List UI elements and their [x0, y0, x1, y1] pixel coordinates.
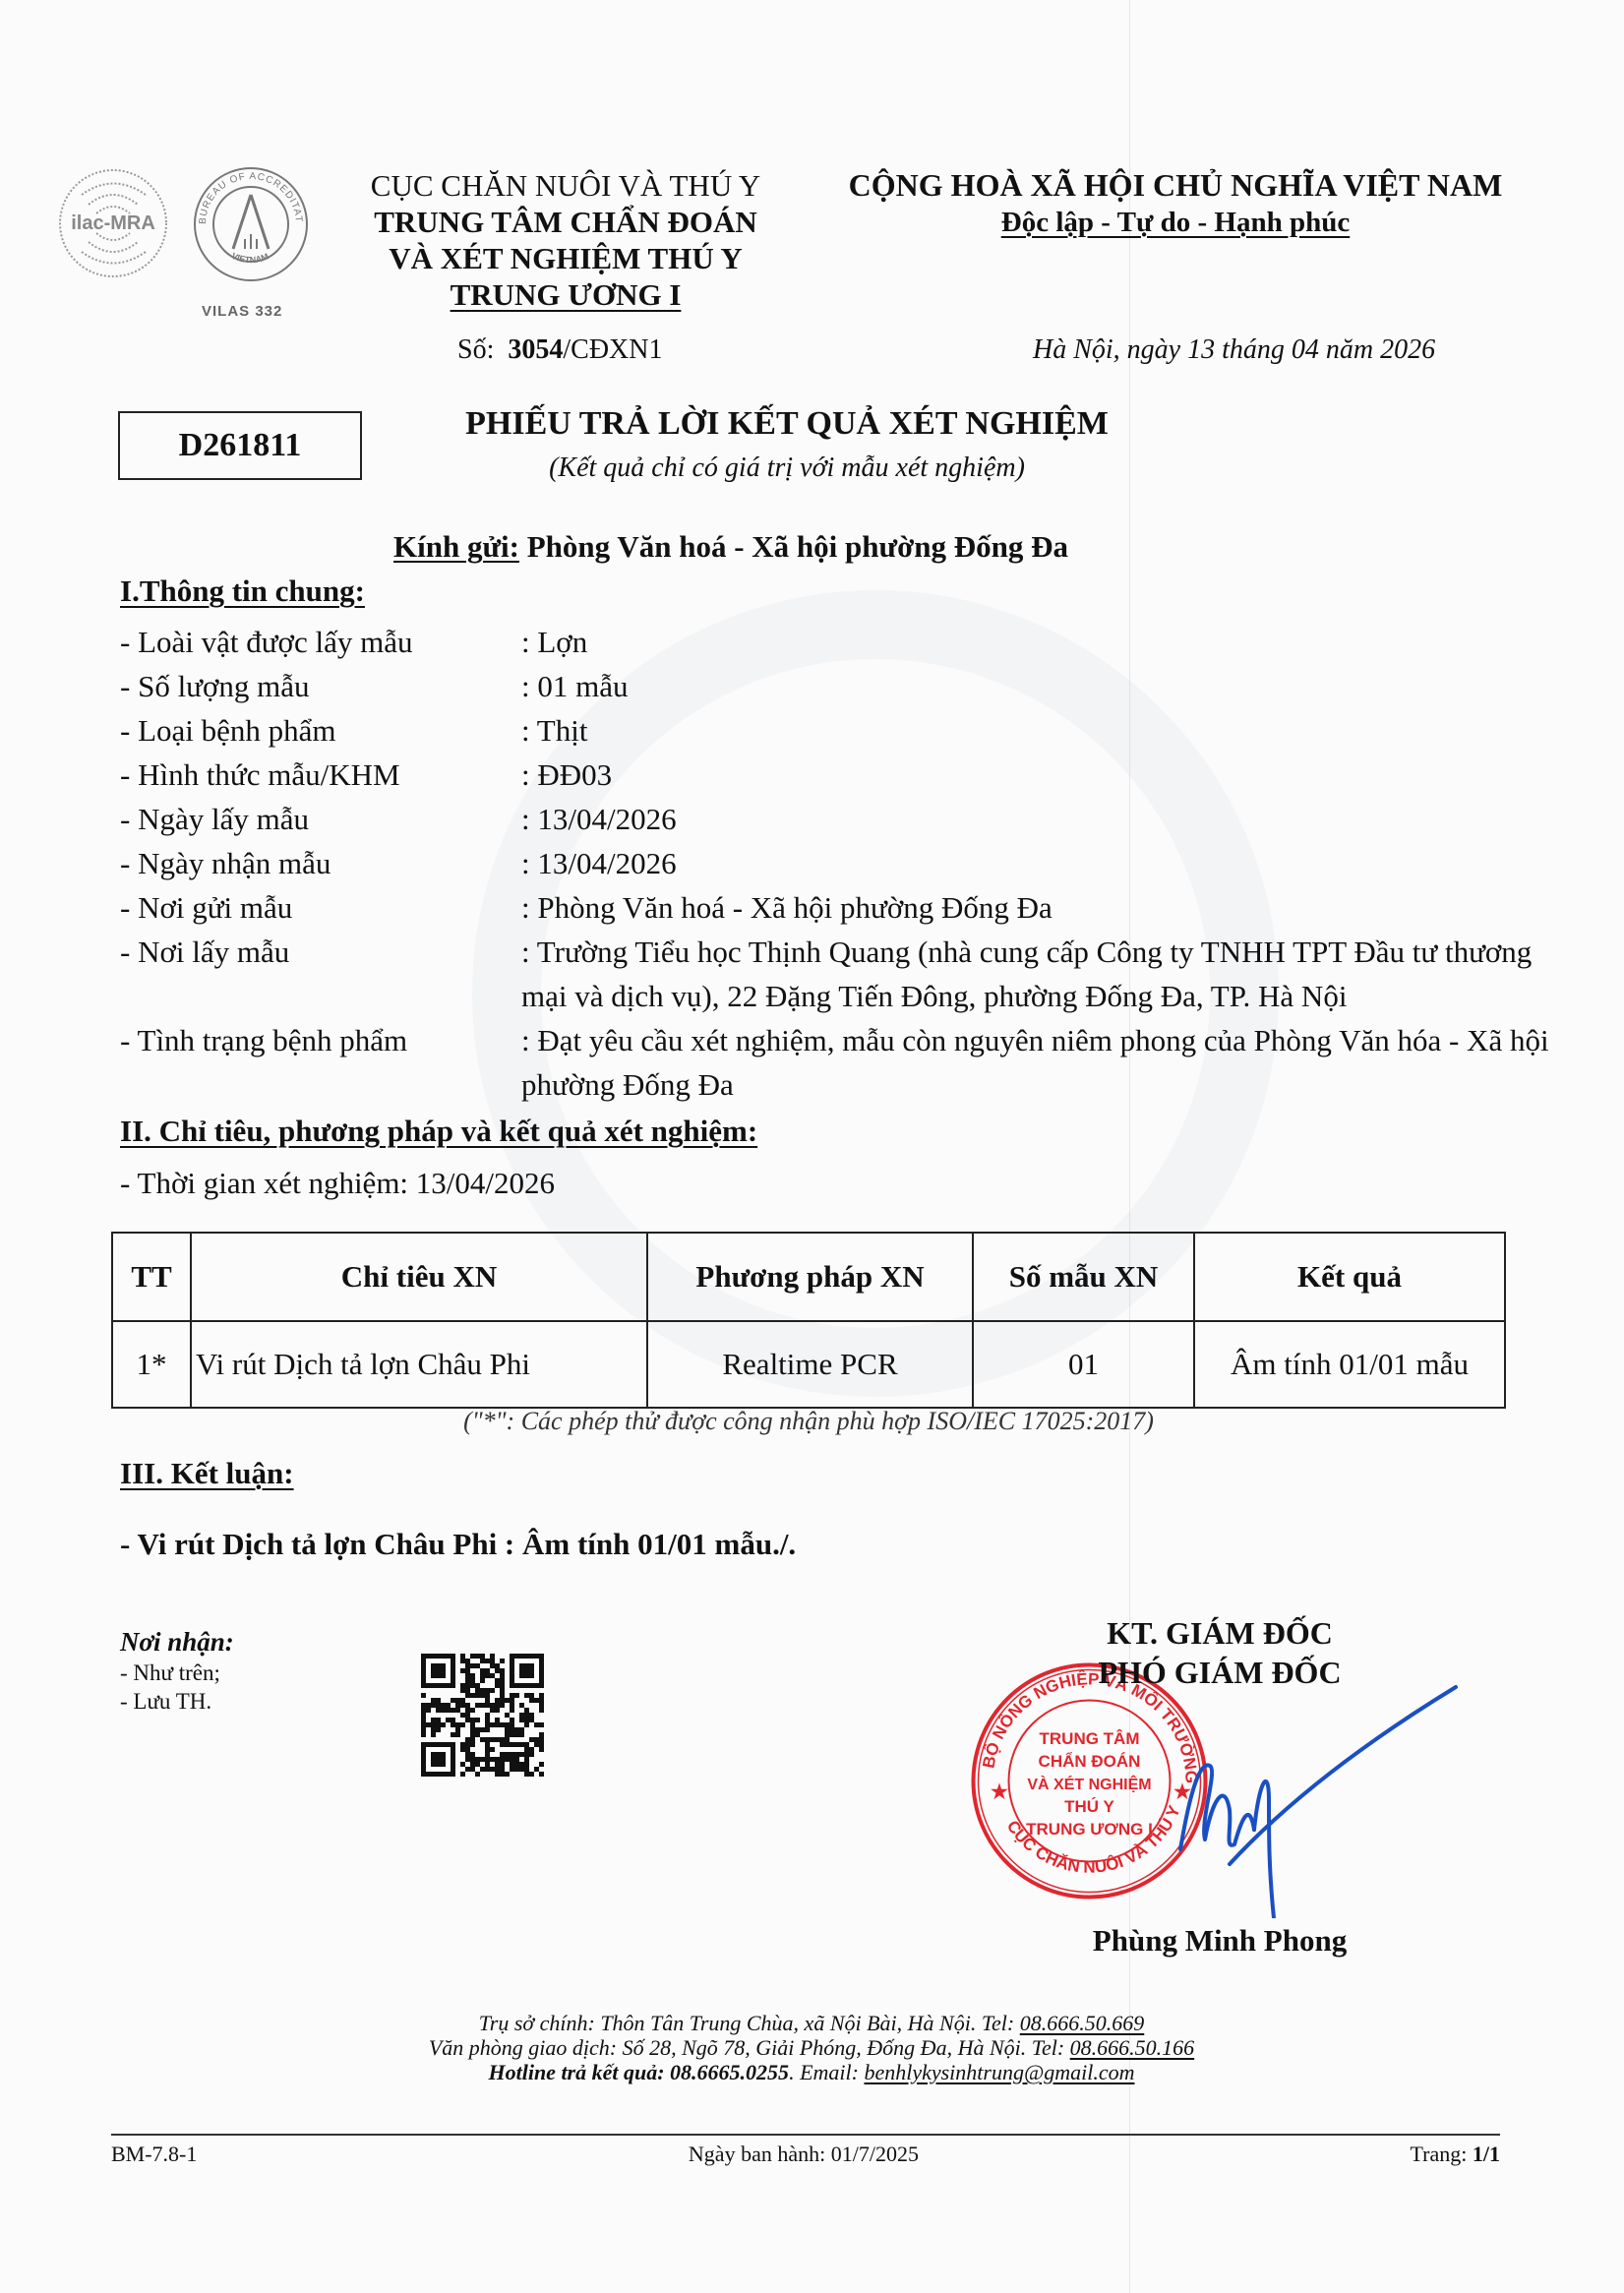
page-indicator: Trang: 1/1 [1410, 2142, 1500, 2167]
recipient-line: Kính gửi: Phòng Văn hoá - Xã hội phường … [393, 529, 1279, 565]
doc-number-label: Số: [457, 334, 494, 365]
svg-text:ilac-MRA: ilac-MRA [71, 212, 155, 234]
place-date: Hà Nội, ngày 13 tháng 04 năm 2026 [1033, 334, 1435, 366]
office-line: Văn phòng giao dịch: Số 28, Ngõ 78, Giải… [197, 2035, 1426, 2060]
email-link[interactable]: benhlykysinhtrung@gmail.com [864, 2060, 1134, 2084]
svg-text:VÀ XÉT NGHIỆM: VÀ XÉT NGHIỆM [1027, 1775, 1151, 1793]
handwritten-signature [1171, 1672, 1466, 1918]
col-header-indicator: Chỉ tiêu XN [191, 1233, 647, 1321]
info-row: - Tình trạng bệnh phẩm: Đạt yêu cầu xét … [120, 1018, 1566, 1107]
ilac-mra-logo: ilac-MRA [57, 167, 170, 280]
national-motto: Độc lập - Tự do - Hạnh phúc [831, 207, 1520, 239]
signer-name: Phùng Minh Phong [984, 1923, 1456, 1959]
svg-text:TRUNG ƯƠNG I: TRUNG ƯƠNG I [1026, 1820, 1153, 1839]
col-header-sample-count: Số mẫu XN [973, 1233, 1194, 1321]
hq-line: Trụ sở chính: Thôn Tân Trung Chùa, xã Nộ… [197, 2011, 1426, 2035]
form-code: BM-7.8-1 [111, 2142, 197, 2167]
contact-info: Trụ sở chính: Thôn Tân Trung Chùa, xã Nộ… [197, 2011, 1426, 2084]
info-row: - Nơi lấy mẫu: Trường Tiểu học Thịnh Qua… [120, 930, 1566, 1018]
svg-text:CHẨN ĐOÁN: CHẨN ĐOÁN [1039, 1752, 1141, 1771]
org-name-line2: VÀ XÉT NGHIỆM THÚ Y [334, 240, 797, 276]
recipient-label: Kính gửi: [393, 529, 519, 564]
signature-title-line1: KT. GIÁM ĐỐC [984, 1613, 1456, 1653]
hotline-line: Hotline trả kết quả: 08.6665.0255. Email… [197, 2060, 1426, 2084]
col-header-result: Kết quả [1194, 1233, 1505, 1321]
recipients-block: Nơi nhận: - Như trên; - Lưu TH. [120, 1625, 234, 1716]
org-header: CỤC CHĂN NUÔI VÀ THÚ Y TRUNG TÂM CHẨN ĐO… [334, 167, 797, 313]
org-name-line1: TRUNG TÂM CHẨN ĐOÁN [334, 204, 797, 240]
svg-text:★: ★ [991, 1781, 1008, 1803]
svg-text:VIETNAM: VIETNAM [230, 251, 271, 265]
recipient-item: - Lưu TH. [120, 1687, 234, 1716]
results-table: TT Chỉ tiêu XN Phương pháp XN Số mẫu XN … [111, 1232, 1506, 1409]
document-subtitle: (Kết quả chỉ có giá trị với mẫu xét nghi… [393, 453, 1180, 484]
test-time: - Thời gian xét nghiệm: 13/04/2026 [120, 1166, 555, 1201]
info-row: - Nơi gửi mẫu: Phòng Văn hoá - Xã hội ph… [120, 885, 1566, 930]
accreditation-footnote: ("*": Các phép thử được công nhận phù hợ… [111, 1407, 1506, 1436]
section-tests-heading: II. Chỉ tiêu, phương pháp và kết quả xét… [120, 1114, 757, 1149]
doc-number-value: 3054 [508, 334, 563, 365]
vilas-code: VILAS 332 [202, 303, 282, 320]
document-title: PHIẾU TRẢ LỜI KẾT QUẢ XÉT NGHIỆM [393, 405, 1180, 443]
recipient-item: - Như trên; [120, 1659, 234, 1687]
general-info-list: - Loài vật được lấy mẫu: Lợn - Số lượng … [120, 620, 1566, 1107]
boa-accreditation-logo: BUREAU OF ACCREDITATION VIETNAM [192, 165, 310, 283]
doc-number-suffix: /CĐXN1 [563, 334, 662, 365]
conclusion-text: - Vi rút Dịch tả lợn Châu Phi : Âm tính … [120, 1527, 796, 1562]
national-title: CỘNG HOÀ XÃ HỘI CHỦ NGHĨA VIỆT NAM [831, 167, 1520, 204]
footer-divider [111, 2134, 1500, 2136]
qr-code[interactable] [421, 1654, 544, 1777]
page-footer: BM-7.8-1 Ngày ban hành: 01/7/2025 Trang:… [111, 2142, 1500, 2167]
issue-date: Ngày ban hành: 01/7/2025 [689, 2142, 919, 2167]
org-parent: CỤC CHĂN NUÔI VÀ THÚ Y [334, 167, 797, 204]
section-conclusion-heading: III. Kết luận: [120, 1456, 294, 1491]
office-phone-link[interactable]: 08.666.50.166 [1070, 2035, 1195, 2060]
section-general-info-heading: I.Thông tin chung: [120, 573, 365, 609]
table-header-row: TT Chỉ tiêu XN Phương pháp XN Số mẫu XN … [112, 1233, 1505, 1321]
info-row: - Loại bệnh phẩm: Thịt [120, 708, 1566, 753]
org-name-line3: TRUNG ƯƠNG I [451, 277, 682, 312]
doc-number: Số: 3054/CĐXN1 [457, 334, 662, 366]
hq-phone-link[interactable]: 08.666.50.669 [1020, 2011, 1145, 2035]
recipient-name: Phòng Văn hoá - Xã hội phường Đống Đa [527, 529, 1068, 564]
col-header-method: Phương pháp XN [647, 1233, 973, 1321]
svg-text:TRUNG TÂM: TRUNG TÂM [1040, 1729, 1140, 1748]
info-row: - Loài vật được lấy mẫu: Lợn [120, 620, 1566, 664]
svg-text:THÚ Y: THÚ Y [1064, 1797, 1114, 1816]
document-id-box: D261811 [118, 411, 362, 480]
info-row: - Ngày nhận mẫu: 13/04/2026 [120, 841, 1566, 885]
info-row: - Hình thức mẫu/KHM: ĐĐ03 [120, 753, 1566, 797]
info-row: - Ngày lấy mẫu: 13/04/2026 [120, 797, 1566, 841]
info-row: - Số lượng mẫu: 01 mẫu [120, 664, 1566, 708]
table-row: 1* Vi rút Dịch tả lợn Châu Phi Realtime … [112, 1321, 1505, 1408]
col-header-tt: TT [112, 1233, 191, 1321]
recipients-heading: Nơi nhận: [120, 1625, 234, 1659]
